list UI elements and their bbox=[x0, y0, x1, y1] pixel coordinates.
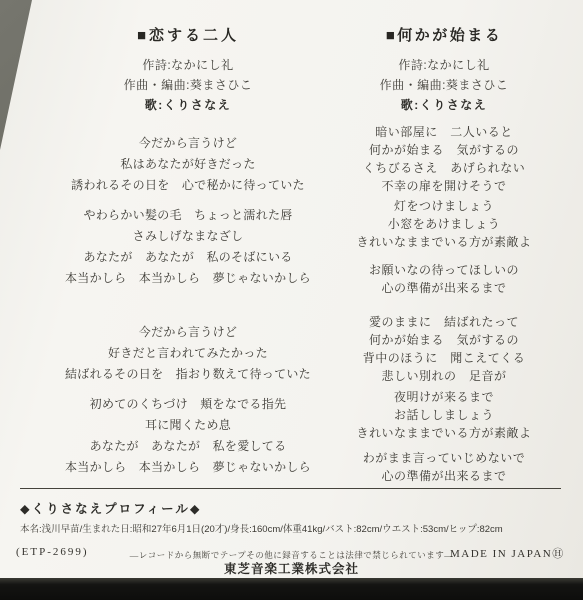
profile-details: 本名:浅川早苗/生まれた日:昭和27年6月1日(20才)/身長:160cm/体重… bbox=[20, 521, 561, 535]
lyric-line: 耳に聞くため息 bbox=[38, 415, 338, 436]
lyric-line: わがまま言っていじめないで bbox=[308, 449, 580, 467]
lyric-line: 心の準備が出来るまで bbox=[308, 467, 580, 485]
lyric-line: 本当かしら 本当かしら 夢じゃないかしら bbox=[38, 457, 338, 478]
lyric-line: 誘われるその日を 心で秘かに待っていた bbox=[38, 175, 338, 196]
stanza: やわらかい髪の毛 ちょっと濡れた唇 さみしげなまなざし あなたが あなたが 私の… bbox=[38, 205, 338, 289]
lyric-line: 愛のままに 結ばれたって bbox=[308, 313, 580, 331]
lyric-line: くちびるさえ あげられない bbox=[308, 159, 580, 177]
stanza: 愛のままに 結ばれたって 何かが始まる 気がするの 背中のほうに 聞こえてくる … bbox=[308, 313, 580, 385]
stanza: 初めてのくちづけ 頬をなでる指先 耳に聞くため息 あなたが あなたが 私を愛して… bbox=[38, 394, 338, 478]
lyric-line: 今だから言うけど bbox=[38, 322, 338, 343]
credit-composer: 作曲・編曲:葵まさひこ bbox=[38, 75, 338, 95]
profile-section: ◆くりさなえプロフィール◆ 本名:浅川早苗/生まれた日:昭和27年6月1日(20… bbox=[20, 488, 561, 535]
stanza: わがまま言っていじめないで 心の準備が出来るまで bbox=[308, 449, 580, 485]
photo-backdrop: ■恋する二人 作詩:なかにし礼 作曲・編曲:葵まさひこ 歌:くりさなえ 今だから… bbox=[0, 0, 583, 600]
stanza: 今だから言うけど 私はあなたが好きだった 誘われるその日を 心で秘かに待っていた bbox=[38, 133, 338, 196]
stanza: 今だから言うけど 好きだと言われてみたかった 結ばれるその日を 指おり数えて待っ… bbox=[38, 322, 338, 385]
credits-block: 作詩:なかにし礼 作曲・編曲:葵まさひこ 歌:くりさなえ bbox=[308, 55, 580, 115]
stanza: 暗い部屋に 二人いると 何かが始まる 気がするの くちびるさえ あげられない 不… bbox=[308, 123, 580, 195]
lyric-line: 今だから言うけど bbox=[38, 133, 338, 154]
lyric-line: 背中のほうに 聞こえてくる bbox=[308, 349, 580, 367]
lyric-line: お願いなの待ってほしいの bbox=[308, 261, 580, 279]
lyric-line: やわらかい髪の毛 ちょっと濡れた唇 bbox=[38, 205, 338, 226]
lyric-line: 私はあなたが好きだった bbox=[38, 154, 338, 175]
lyric-line: きれいなままでいる方が素敵よ bbox=[308, 233, 580, 251]
song-title: ■何かが始まる bbox=[308, 24, 580, 45]
lyric-line: 初めてのくちづけ 頬をなでる指先 bbox=[38, 394, 338, 415]
lyric-line: 何かが始まる 気がするの bbox=[308, 331, 580, 349]
lyric-line: あなたが あなたが 私のそばにいる bbox=[38, 247, 338, 268]
credit-vocal: 歌:くりさなえ bbox=[38, 95, 338, 115]
lyric-line: 小窓をあけましょう bbox=[308, 215, 580, 233]
lyric-line: さみしげなまなざし bbox=[38, 226, 338, 247]
stanza: 灯をつけましょう 小窓をあけましょう きれいなままでいる方が素敵よ bbox=[308, 197, 580, 251]
catalog-number: (ETP-2699) bbox=[16, 546, 89, 558]
lyric-line: 暗い部屋に 二人いると bbox=[308, 123, 580, 141]
stanza: お願いなの待ってほしいの 心の準備が出来るまで bbox=[308, 261, 580, 297]
song-section-left: ■恋する二人 作詩:なかにし礼 作曲・編曲:葵まさひこ 歌:くりさなえ 今だから… bbox=[38, 24, 338, 478]
lyric-line: 本当かしら 本当かしら 夢じゃないかしら bbox=[38, 268, 338, 289]
lyric-line: お話ししましょう bbox=[308, 406, 580, 424]
lyric-line: 結ばれるその日を 指おり数えて待っていた bbox=[38, 364, 338, 385]
credit-composer: 作曲・編曲:葵まさひこ bbox=[308, 75, 580, 95]
song-section-right: ■何かが始まる 作詩:なかにし礼 作曲・編曲:葵まさひこ 歌:くりさなえ 暗い部… bbox=[308, 24, 580, 485]
lyric-line: 不幸の扉を開けそうで bbox=[308, 177, 580, 195]
credit-lyricist: 作詩:なかにし礼 bbox=[308, 55, 580, 75]
song-title: ■恋する二人 bbox=[38, 24, 338, 45]
lyric-line: 灯をつけましょう bbox=[308, 197, 580, 215]
lyric-line: 悲しい別れの 足音が bbox=[308, 367, 580, 385]
lyric-line: 好きだと言われてみたかった bbox=[38, 343, 338, 364]
stanza: 夜明けが来るまで お話ししましょう きれいなままでいる方が素敵よ bbox=[308, 388, 580, 442]
scan-edge-shadow bbox=[0, 578, 583, 600]
lyric-line: 心の準備が出来るまで bbox=[308, 279, 580, 297]
lyric-line: きれいなままでいる方が素敵よ bbox=[308, 424, 580, 442]
credits-block: 作詩:なかにし礼 作曲・編曲:葵まさひこ 歌:くりさなえ bbox=[38, 55, 338, 115]
credit-lyricist: 作詩:なかにし礼 bbox=[38, 55, 338, 75]
lyric-line: あなたが あなたが 私を愛してる bbox=[38, 436, 338, 457]
company-name: 東芝音楽工業株式会社 bbox=[0, 559, 583, 577]
profile-heading: ◆くりさなえプロフィール◆ bbox=[20, 499, 561, 517]
lyric-line: 夜明けが来るまで bbox=[308, 388, 580, 406]
lyric-line: 何かが始まる 気がするの bbox=[308, 141, 580, 159]
lyric-sheet: ■恋する二人 作詩:なかにし礼 作曲・編曲:葵まさひこ 歌:くりさなえ 今だから… bbox=[0, 0, 583, 584]
credit-vocal: 歌:くりさなえ bbox=[308, 95, 580, 115]
